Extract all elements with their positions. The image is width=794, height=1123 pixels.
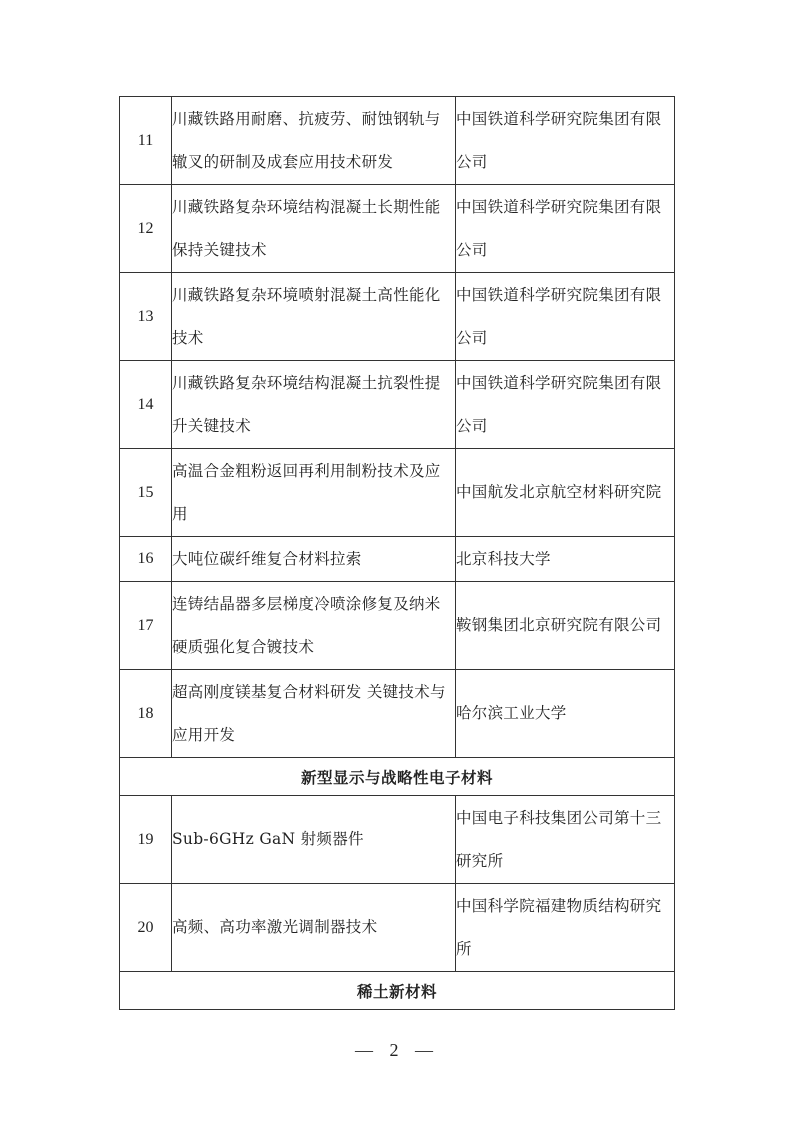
project-name: 川藏铁路复杂环境结构混凝土抗裂性提升关键技术 xyxy=(172,361,456,449)
row-number: 13 xyxy=(120,273,172,361)
organization: 北京科技大学 xyxy=(456,537,675,582)
organization: 中国铁道科学研究院集团有限公司 xyxy=(456,361,675,449)
project-name: 高温合金粗粉返回再利用制粉技术及应用 xyxy=(172,449,456,537)
row-number: 19 xyxy=(120,796,172,884)
row-number: 16 xyxy=(120,537,172,582)
project-name: 连铸结晶器多层梯度冷喷涂修复及纳米硬质强化复合镀技术 xyxy=(172,582,456,670)
row-number: 11 xyxy=(120,97,172,185)
project-name: Sub-6GHz GaN 射频器件 xyxy=(172,796,456,884)
section-row: 新型显示与战略性电子材料 xyxy=(120,758,675,796)
row-number: 14 xyxy=(120,361,172,449)
organization: 中国铁道科学研究院集团有限公司 xyxy=(456,97,675,185)
project-name: 超高刚度镁基复合材料研发 关键技术与应用开发 xyxy=(172,670,456,758)
organization: 中国铁道科学研究院集团有限公司 xyxy=(456,273,675,361)
table-row: 20 高频、高功率激光调制器技术 中国科学院福建物质结构研究所 xyxy=(120,884,675,972)
organization: 中国航发北京航空材料研究院 xyxy=(456,449,675,537)
document-page: 11 川藏铁路用耐磨、抗疲劳、耐蚀钢轨与辙叉的研制及成套应用技术研发 中国铁道科… xyxy=(0,0,794,1123)
project-table: 11 川藏铁路用耐磨、抗疲劳、耐蚀钢轨与辙叉的研制及成套应用技术研发 中国铁道科… xyxy=(119,96,675,1010)
section-title: 新型显示与战略性电子材料 xyxy=(120,758,675,796)
row-number: 15 xyxy=(120,449,172,537)
table-row: 13 川藏铁路复杂环境喷射混凝土高性能化技术 中国铁道科学研究院集团有限公司 xyxy=(120,273,675,361)
table-row: 14 川藏铁路复杂环境结构混凝土抗裂性提升关键技术 中国铁道科学研究院集团有限公… xyxy=(120,361,675,449)
project-name: 高频、高功率激光调制器技术 xyxy=(172,884,456,972)
project-name: 川藏铁路复杂环境结构混凝土长期性能保持关键技术 xyxy=(172,185,456,273)
table-row: 17 连铸结晶器多层梯度冷喷涂修复及纳米硬质强化复合镀技术 鞍钢集团北京研究院有… xyxy=(120,582,675,670)
table-row: 11 川藏铁路用耐磨、抗疲劳、耐蚀钢轨与辙叉的研制及成套应用技术研发 中国铁道科… xyxy=(120,97,675,185)
table-row: 16 大吨位碳纤维复合材料拉索 北京科技大学 xyxy=(120,537,675,582)
organization: 鞍钢集团北京研究院有限公司 xyxy=(456,582,675,670)
table-row: 19 Sub-6GHz GaN 射频器件 中国电子科技集团公司第十三研究所 xyxy=(120,796,675,884)
organization: 中国科学院福建物质结构研究所 xyxy=(456,884,675,972)
organization: 哈尔滨工业大学 xyxy=(456,670,675,758)
project-name: 大吨位碳纤维复合材料拉索 xyxy=(172,537,456,582)
row-number: 18 xyxy=(120,670,172,758)
section-title: 稀土新材料 xyxy=(120,972,675,1010)
section-row: 稀土新材料 xyxy=(120,972,675,1010)
row-number: 20 xyxy=(120,884,172,972)
table-row: 15 高温合金粗粉返回再利用制粉技术及应用 中国航发北京航空材料研究院 xyxy=(120,449,675,537)
row-number: 12 xyxy=(120,185,172,273)
table-row: 12 川藏铁路复杂环境结构混凝土长期性能保持关键技术 中国铁道科学研究院集团有限… xyxy=(120,185,675,273)
page-number: — 2 — xyxy=(0,1040,794,1061)
organization: 中国铁道科学研究院集团有限公司 xyxy=(456,185,675,273)
table-row: 18 超高刚度镁基复合材料研发 关键技术与应用开发 哈尔滨工业大学 xyxy=(120,670,675,758)
project-name: 川藏铁路用耐磨、抗疲劳、耐蚀钢轨与辙叉的研制及成套应用技术研发 xyxy=(172,97,456,185)
row-number: 17 xyxy=(120,582,172,670)
project-name: 川藏铁路复杂环境喷射混凝土高性能化技术 xyxy=(172,273,456,361)
organization: 中国电子科技集团公司第十三研究所 xyxy=(456,796,675,884)
